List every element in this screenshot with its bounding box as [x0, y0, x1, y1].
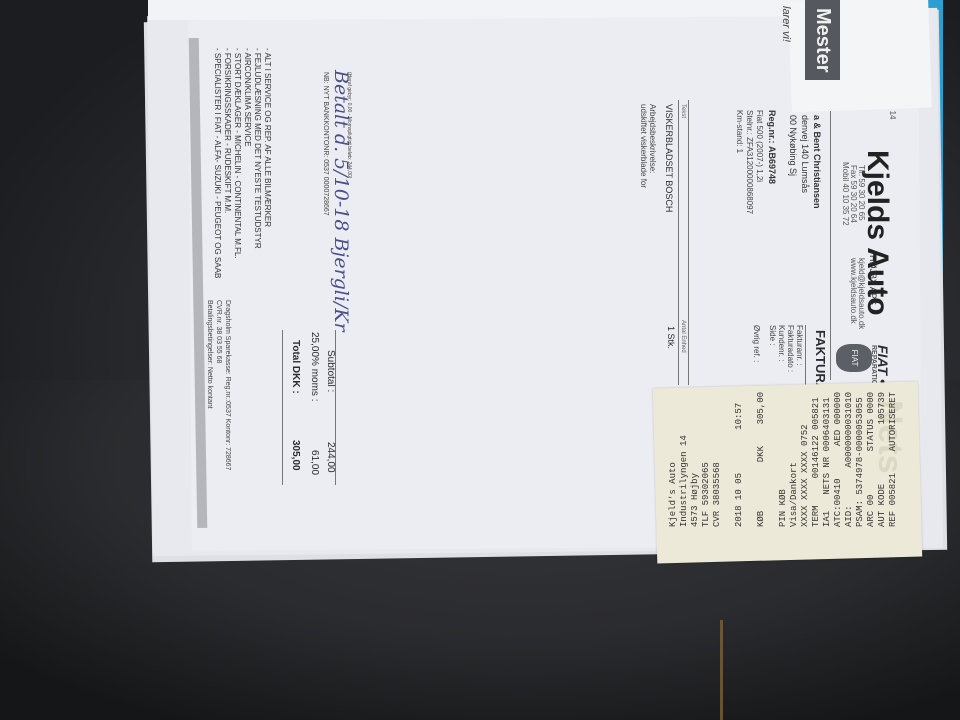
mester-subtitle: larer vi! [780, 6, 792, 42]
company-email: kjeld@kjeldsauto.dk [857, 258, 866, 329]
company-legal: HØJBY APS [868, 255, 878, 305]
company-fax: Fax 59 30 20 64 [849, 165, 858, 223]
invoice-field-number: Fakturanr. : [795, 325, 804, 365]
service-item: - AIRCON/KLIMA SERVICE [242, 48, 252, 278]
invoice-field-date: Fakturadato : [786, 325, 795, 372]
vat-label: 25,00% moms : [309, 332, 320, 401]
company-phone: Tlf. 59 30 20 65 [857, 165, 866, 221]
receipt-text: Kjeld's Auto Industrilyngen 14 4573 Højb… [668, 392, 899, 527]
line-item-quantity: 1 Stk. [666, 326, 676, 349]
total-label: Total DKK : [290, 340, 301, 394]
service-item: - SPECIALISTER I FIAT - ALFA- SUZUKI - P… [212, 48, 222, 278]
company-web: www.kjeldsauto.dk [849, 258, 858, 324]
customer-name: a & Bent Christiansen [812, 115, 822, 209]
seat-stitch [720, 620, 723, 720]
column-header-text: Tekst [680, 104, 686, 118]
service-item: - ALT I SERVICE OG REP. AF ALLE BILMÆRKE… [262, 48, 272, 278]
invoice-field-ref: Øvrig ref. : [752, 325, 761, 362]
table-top-rule [688, 100, 689, 385]
customer-street: denvej 140 Lumsås [800, 115, 810, 193]
vehicle-chassis: Stelnr.: ZFA31200000868097 [745, 110, 754, 214]
totals-bottom-rule [282, 330, 283, 485]
mester-logo: Mester [805, 0, 840, 80]
service-item: - FEJLUDLÆSNING MED DET NYESTE TESTUDSTY… [252, 48, 262, 278]
line-item-text: VISKERBLADSET BOSCH [664, 104, 674, 212]
fiat-logo-icon: FIAT [836, 344, 872, 372]
service-item: - STORT DÆKLAGER - MICHELIN - CONTINENTA… [232, 48, 242, 278]
vat-value: 61,00 [309, 450, 320, 475]
column-header-quantity: Antal Enhed [680, 320, 686, 353]
reg-label: Reg.nr.: [767, 110, 777, 144]
reg-number: AB69748 [767, 146, 777, 184]
footer-cvr: CVR.nr. 38 03 55 68 [214, 300, 223, 470]
faktura-divider [805, 325, 806, 385]
customer-city: 00 Nykøbing Sj [788, 115, 798, 176]
vehicle-km: Km-stand: 1 [735, 110, 744, 153]
invoice-field-customer: Kundenr. : [777, 325, 786, 361]
work-description: udskiftet viskerblade for [639, 104, 648, 188]
invoice-title: FAKTURA [813, 330, 828, 392]
footer-terms: Betalingsbetingelser: Netto kontant [205, 300, 214, 470]
service-item: - FORSIKRINGSSKADER - RUDESKIFT M.M. [222, 48, 232, 278]
fees-line: (Heraf gebyr: 0,00 - Momspligtigt beløb:… [346, 72, 352, 178]
footer-bank: Dragsholm Sparekasse: Reg.nr.:0537 Konto… [223, 300, 232, 470]
table-header-rule [678, 100, 679, 385]
total-value: 305,00 [290, 440, 301, 471]
bank-note: NB: NYT BANKKONTONR: 0537 0000728667 [322, 72, 329, 216]
vehicle-model: Fiat 500 (2007-) 1,2i [755, 110, 764, 182]
company-mobile: Mobil 40 10 35 72 [841, 162, 850, 226]
work-description-label: Arbejdsbeskrivelse: [648, 104, 657, 173]
totals-top-rule [335, 330, 336, 485]
invoice-field-page: Side : [768, 325, 777, 345]
